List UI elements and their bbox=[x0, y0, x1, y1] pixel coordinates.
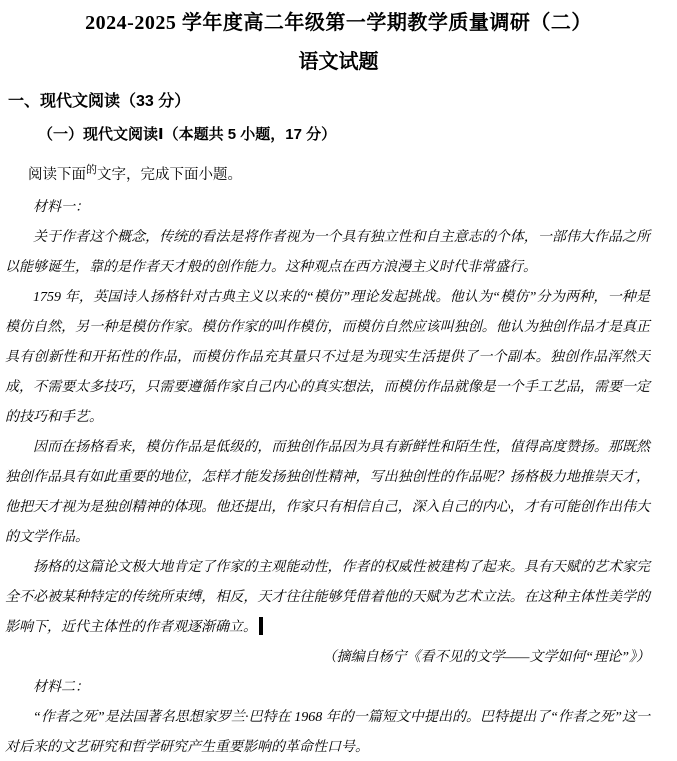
material1-paragraph-3: 因而在扬格看来，模仿作品是低级的，而独创作品因为具有新鲜性和陌生性，值得高度赞扬… bbox=[5, 433, 650, 553]
material1-citation: （摘编自杨宁《看不见的文学——文学如何“理论”》） bbox=[5, 643, 650, 673]
subsection-heading-reading-1: （一）现代文阅读Ⅰ（本题共 5 小题，17 分） bbox=[38, 125, 677, 145]
instruction-superscript-de: 的 bbox=[86, 164, 97, 176]
material1-paragraph-4-text: 扬格的这篇论文极大地肯定了作家的主观能动性，作者的权威性被建构了起来。具有天赋的… bbox=[5, 560, 650, 635]
material2-label: 材料二： bbox=[5, 673, 650, 703]
reading-instruction: 阅读下面的文字，完成下面小题。 bbox=[28, 160, 677, 185]
page-title: 2024-2025 学年度高二年级第一学期教学质量调研（二） bbox=[0, 10, 677, 36]
material1-paragraph-1: 关于作者这个概念，传统的看法是将作者视为一个具有独立性和自主意志的个体，一部伟大… bbox=[5, 223, 650, 283]
material1-label: 材料一： bbox=[5, 193, 650, 223]
text-cursor bbox=[259, 617, 263, 635]
page-subtitle: 语文试题 bbox=[0, 49, 677, 75]
material2-paragraph-1: “作者之死”是法国著名思想家罗兰·巴特在 1968 年的一篇短文中提出的。巴特提… bbox=[5, 703, 650, 761]
document-body: 材料一： 关于作者这个概念，传统的看法是将作者视为一个具有独立性和自主意志的个体… bbox=[0, 193, 677, 761]
material1-paragraph-2: 1759 年，英国诗人扬格针对古典主义以来的“模仿”理论发起挑战。他认为“模仿”… bbox=[5, 283, 650, 433]
instruction-text-after: 文字，完成下面小题。 bbox=[97, 167, 242, 183]
section-heading-modern-reading: 一、现代文阅读（33 分） bbox=[8, 91, 677, 112]
material1-paragraph-4: 扬格的这篇论文极大地肯定了作家的主观能动性，作者的权威性被建构了起来。具有天赋的… bbox=[5, 553, 650, 643]
instruction-text-before: 阅读下面 bbox=[28, 167, 86, 183]
document-page[interactable]: 2024-2025 学年度高二年级第一学期教学质量调研（二） 语文试题 一、现代… bbox=[0, 0, 677, 761]
